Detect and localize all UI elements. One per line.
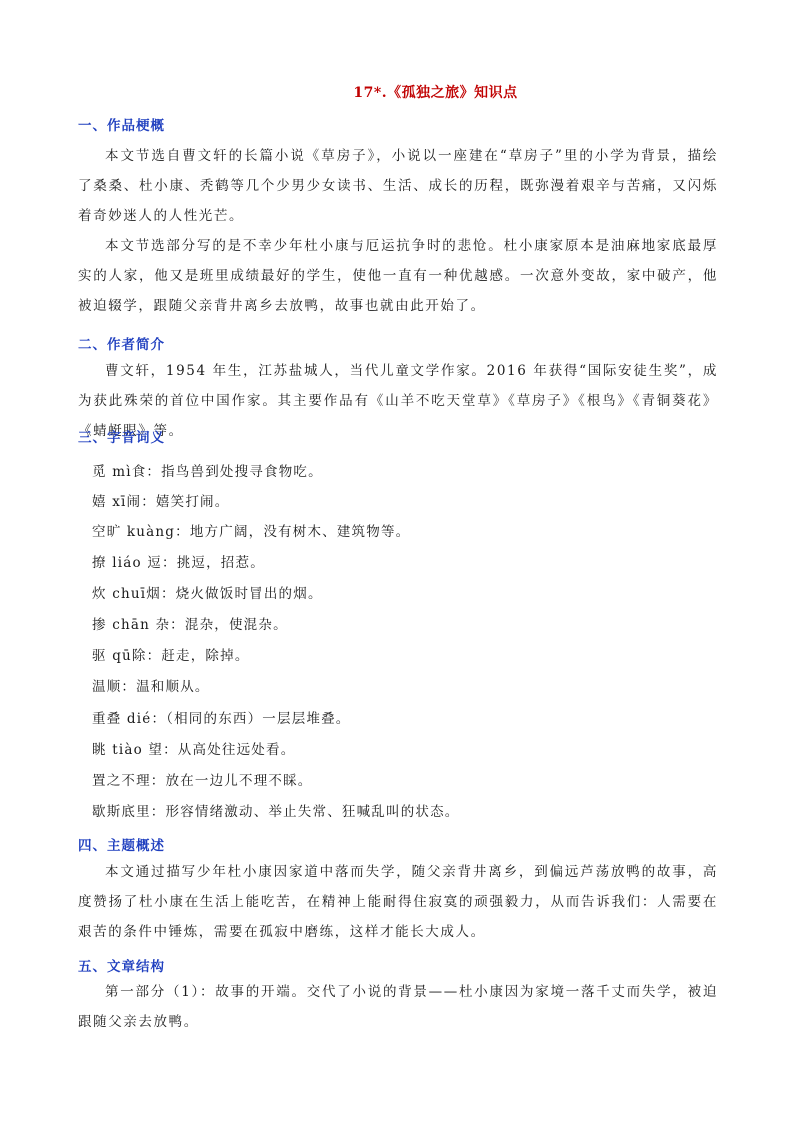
section-heading-vocabulary: 三、字音词义 xyxy=(78,426,165,446)
vocab-item: 驱 qū除：赶走，除掉。 xyxy=(92,644,250,664)
vocab-item: 歇斯底里：形容情绪激动、举止失常、狂喊乱叫的状态。 xyxy=(92,800,460,820)
author-paragraph: 曹文轩，1954 年生，江苏盐城人，当代儿童文学作家。2016 年获得“国际安徒… xyxy=(78,356,718,446)
vocab-item: 重叠 dié：（相同的东西）一层层堆叠。 xyxy=(92,707,351,727)
vocab-item: 温顺：温和顺从。 xyxy=(92,675,210,695)
vocab-item: 眺 tiào 望：从高处往远处看。 xyxy=(92,738,295,758)
vocab-item: 觅 mì食：指鸟兽到处搜寻食物吃。 xyxy=(92,460,323,480)
vocab-item: 嬉 xī闹：嬉笑打闹。 xyxy=(92,490,229,510)
section-heading-synopsis: 一、作品梗概 xyxy=(78,114,165,134)
vocab-item: 掺 chān 杂：混杂，使混杂。 xyxy=(92,613,288,633)
section-heading-structure: 五、文章结构 xyxy=(78,955,165,975)
document-title: 17*.《孤独之旅》知识点 xyxy=(78,82,793,102)
synopsis-paragraph-1: 本文节选自曹文轩的长篇小说《草房子》，小说以一座建在“草房子”里的小学为背景，描… xyxy=(78,141,718,231)
section-heading-theme: 四、主题概述 xyxy=(78,834,165,854)
vocab-item: 空旷 kuàng：地方广阔，没有树木、建筑物等。 xyxy=(92,520,410,540)
vocab-item: 撩 liáo 逗：挑逗，招惹。 xyxy=(92,551,265,571)
vocab-item: 炊 chuī烟：烧火做饭时冒出的烟。 xyxy=(92,582,323,602)
theme-paragraph: 本文通过描写少年杜小康因家道中落而失学，随父亲背井离乡，到偏远芦荡放鸭的故事，高… xyxy=(78,857,718,947)
section-heading-author: 二、作者简介 xyxy=(78,333,165,353)
synopsis-paragraph-2: 本文节选部分写的是不幸少年杜小康与厄运抗争时的悲怆。杜小康家原本是油麻地家底最厚… xyxy=(78,231,718,321)
vocab-item: 置之不理：放在一边儿不理不睬。 xyxy=(92,769,313,789)
structure-paragraph: 第一部分（1）：故事的开端。交代了小说的背景——杜小康因为家境一落千丈而失学，被… xyxy=(78,977,718,1037)
